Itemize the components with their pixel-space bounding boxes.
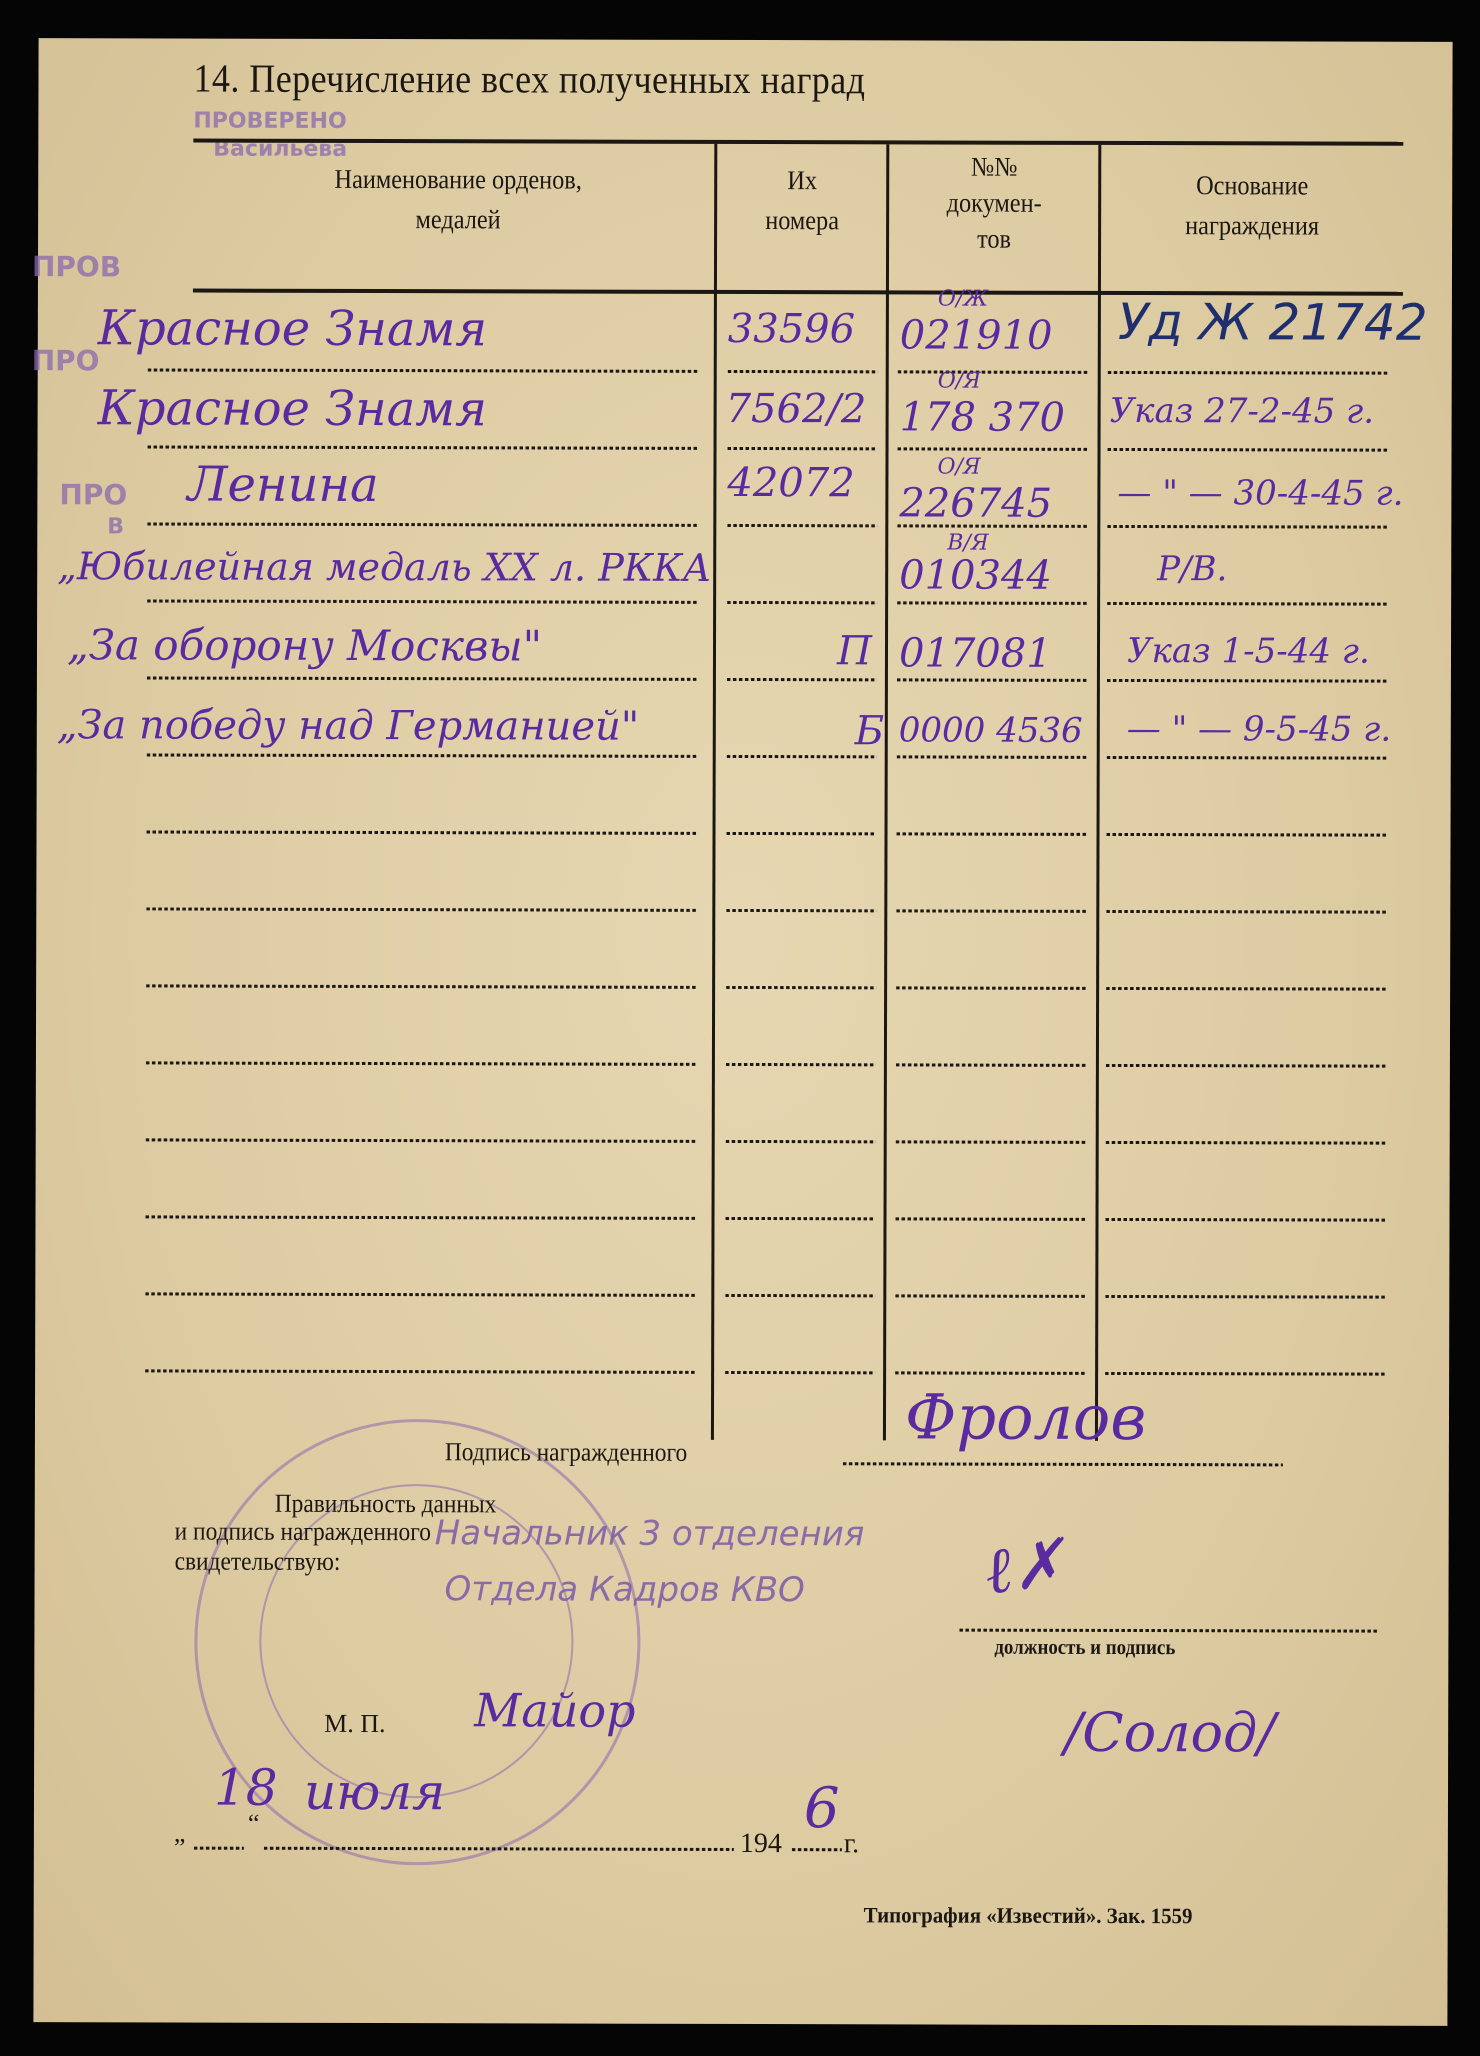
- row-dotted-line: [1106, 1064, 1386, 1068]
- row-3-doc-number: 226745: [899, 480, 1052, 526]
- row-3-basis: — " — 30-4-45 г.: [1117, 473, 1403, 514]
- row-dotted-line: [727, 832, 877, 835]
- date-year-prefix: 194: [740, 1828, 782, 1860]
- row-dotted-line: [1108, 371, 1388, 375]
- date-year-g: г.: [844, 1828, 859, 1860]
- date-day: 18: [214, 1759, 278, 1817]
- header-numbers: Их номера: [726, 160, 877, 240]
- row-dotted-line: [896, 1217, 1086, 1220]
- row-dotted-line: [147, 753, 697, 757]
- row-dotted-line: [1105, 1295, 1385, 1299]
- margin-stamp-3: ПРО: [32, 344, 100, 377]
- position-stamp-line-2: Отдела Кадров КВО: [444, 1569, 804, 1610]
- row-dotted-line: [148, 445, 698, 449]
- date-month: июля: [304, 1763, 445, 1821]
- row-dotted-line: [727, 755, 877, 758]
- row-1-doc-number: 021910: [900, 312, 1053, 358]
- row-1-basis-annotation: Уд Ж 21742: [1118, 293, 1428, 352]
- row-3-award: Ленина: [187, 457, 378, 514]
- row-5-doc-number: 017081: [899, 630, 1052, 676]
- row-dotted-line: [727, 678, 877, 681]
- row-dotted-line: [146, 1138, 696, 1142]
- row-dotted-line: [897, 832, 1087, 835]
- row-dotted-line: [725, 1371, 875, 1374]
- row-dotted-line: [148, 368, 698, 372]
- row-5-basis: Указ 1-5-44 г.: [1127, 631, 1370, 672]
- row-6-basis: — " — 9-5-45 г.: [1127, 709, 1391, 750]
- position-stamp-line-1: Начальник 3 отделения: [435, 1513, 865, 1554]
- margin-stamp-5: В: [107, 514, 124, 539]
- row-2-doc-number: 178 370: [900, 394, 1066, 440]
- header-documents: №№ докумен- тов: [900, 148, 1087, 256]
- verify-label-3: свидетельствую:: [175, 1547, 341, 1577]
- row-dotted-line: [147, 522, 697, 526]
- row-dotted-line: [727, 524, 877, 527]
- row-6-number: Б: [855, 708, 885, 754]
- row-dotted-line: [1106, 987, 1386, 991]
- row-dotted-line: [1108, 448, 1388, 452]
- row-5-number: П: [837, 628, 872, 674]
- row-3-number: 42072: [727, 460, 854, 506]
- row-4-basis: Р/В.: [1157, 549, 1227, 589]
- row-dotted-line: [146, 984, 696, 988]
- row-dotted-line: [895, 1371, 1085, 1374]
- row-dotted-line: [725, 1294, 875, 1297]
- date-quote-close: “: [248, 1809, 260, 1839]
- row-dotted-line: [726, 909, 876, 912]
- date-day-line: [194, 1847, 244, 1850]
- row-dotted-line: [896, 1063, 1086, 1066]
- row-4-doc-number: 010344: [899, 552, 1052, 598]
- header-basis: Основание награждения: [1117, 165, 1387, 246]
- row-2-basis: Указ 27-2-45 г.: [1110, 391, 1375, 432]
- row-dotted-line: [1107, 602, 1387, 606]
- officer-signature-mark: ℓ✗: [980, 1526, 1070, 1610]
- row-dotted-line: [1106, 1141, 1386, 1145]
- row-dotted-line: [728, 447, 878, 450]
- row-dotted-line: [896, 986, 1086, 989]
- row-1-doc-series: О/Ж: [938, 287, 988, 312]
- row-6-award: „За победу над Германией": [57, 702, 640, 750]
- column-divider-3: [1095, 145, 1101, 1441]
- row-dotted-line: [896, 1140, 1086, 1143]
- date-year-line: [792, 1848, 842, 1851]
- row-dotted-line: [147, 599, 697, 603]
- section-title: 14. Перечисление всех полученных наград: [193, 55, 865, 104]
- document-page: ПРОВЕРЕНО Васильева ПРОВ ПРО ПРО В 14. П…: [33, 38, 1452, 2026]
- header-top-rule: [193, 139, 1403, 146]
- date-quote-open: „: [174, 1819, 186, 1849]
- officer-name: /Солод/: [1064, 1701, 1276, 1765]
- row-dotted-line: [898, 447, 1088, 450]
- row-dotted-line: [147, 830, 697, 834]
- margin-stamp-4: ПРО: [59, 478, 127, 511]
- row-6-doc-number: 0000 4536: [899, 710, 1083, 750]
- table-row-lines: [39, 38, 1453, 42]
- row-dotted-line: [726, 1063, 876, 1066]
- row-dotted-line: [1107, 679, 1387, 683]
- row-dotted-line: [1107, 833, 1387, 837]
- verify-label-2: и подпись награжденного: [175, 1517, 431, 1548]
- printer-note: Типография «Известий». Зак. 1559: [864, 1902, 1193, 1929]
- row-4-award: „Юбилейная медаль XX л. РККА: [57, 544, 711, 590]
- row-dotted-line: [897, 755, 1087, 758]
- row-dotted-line: [146, 1215, 696, 1219]
- row-dotted-line: [1105, 1372, 1385, 1376]
- row-2-number: 7562/2: [726, 386, 867, 432]
- row-dotted-line: [145, 1369, 695, 1373]
- row-dotted-line: [145, 1292, 695, 1296]
- row-dotted-line: [726, 986, 876, 989]
- recipient-signature-label: Подпись награжденного: [445, 1437, 687, 1468]
- row-dotted-line: [1106, 910, 1386, 914]
- row-1-award: Красное Знамя: [98, 300, 487, 357]
- row-dotted-line: [1106, 1218, 1386, 1222]
- header-award-name: Наименование орденов, медалей: [260, 159, 656, 240]
- row-dotted-line: [147, 676, 697, 680]
- row-dotted-line: [726, 1140, 876, 1143]
- row-5-award: „За оборону Москвы": [67, 620, 542, 670]
- row-dotted-line: [146, 1061, 696, 1065]
- row-dotted-line: [1107, 525, 1387, 529]
- officer-rank: Майор: [474, 1683, 635, 1737]
- row-dotted-line: [897, 601, 1087, 604]
- seal-place-label: М. П.: [324, 1709, 385, 1739]
- row-2-doc-series: О/Я: [938, 369, 981, 394]
- margin-stamp-checked: ПРОВЕРЕНО: [193, 109, 346, 134]
- position-signature-line: [959, 1629, 1379, 1633]
- column-divider-1: [711, 144, 717, 1440]
- recipient-signature-line: [843, 1462, 1283, 1466]
- row-dotted-line: [146, 907, 696, 911]
- row-dotted-line: [728, 370, 878, 373]
- date-year-suffix: 6: [804, 1776, 840, 1841]
- row-3-doc-series: О/Я: [937, 455, 980, 480]
- row-2-award: Красное Знамя: [98, 380, 487, 437]
- recipient-signature: Фролов: [905, 1380, 1147, 1454]
- position-caption: должность и подпись: [994, 1635, 1175, 1660]
- row-dotted-line: [1107, 756, 1387, 760]
- date-month-line: [264, 1847, 734, 1851]
- row-dotted-line: [896, 909, 1086, 912]
- row-dotted-line: [727, 601, 877, 604]
- row-dotted-line: [898, 370, 1088, 373]
- row-dotted-line: [895, 1294, 1085, 1297]
- row-1-number: 33596: [728, 306, 855, 352]
- row-dotted-line: [897, 678, 1087, 681]
- row-dotted-line: [726, 1217, 876, 1220]
- column-divider-2: [883, 144, 889, 1440]
- margin-stamp-2: ПРОВ: [32, 250, 121, 283]
